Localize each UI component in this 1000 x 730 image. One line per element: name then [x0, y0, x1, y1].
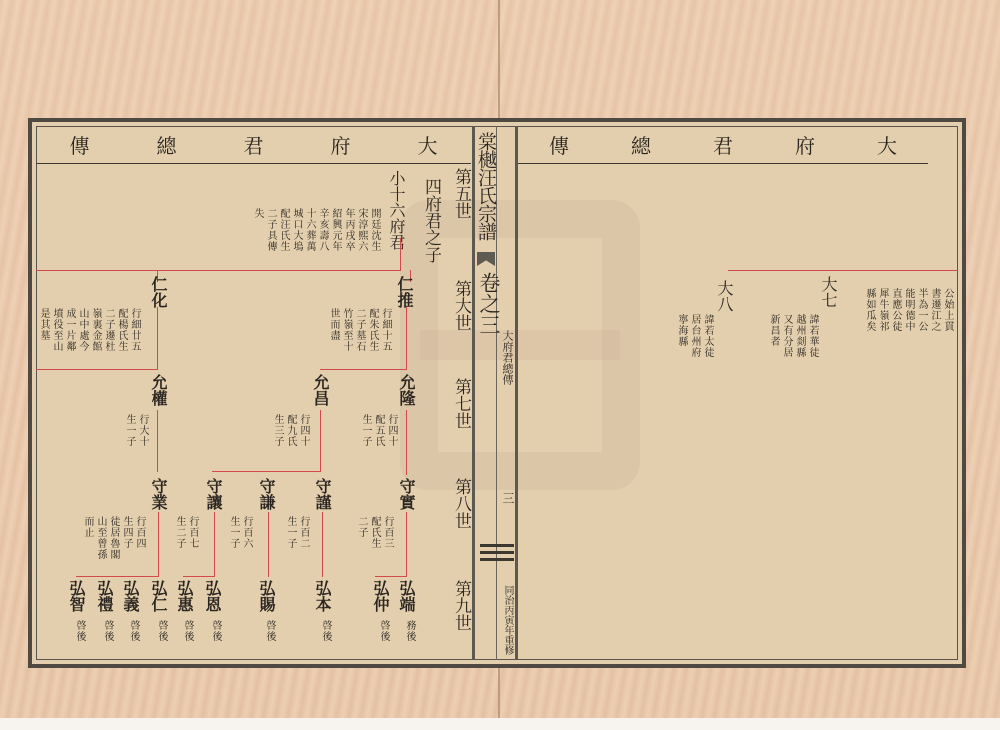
note-line: 山中處今 [77, 308, 87, 352]
note-line: 而止 [82, 516, 92, 560]
lineage-line [157, 307, 158, 369]
note-line: 配楊氏生 [116, 308, 126, 352]
note-line: 又有分居 [781, 314, 791, 358]
note-line: 二子遷杜 [103, 308, 113, 352]
note-line: 寧海縣 [676, 314, 686, 358]
generation-9-label: 第九世 [452, 580, 469, 631]
gen5-heading: 四府君之子 [422, 178, 439, 263]
generation-7-label: 第七世 [452, 378, 469, 429]
note-line: 配汪氏生 [278, 208, 288, 252]
note-line: 竹嶺至十 [341, 308, 351, 352]
generation-8-label: 第八世 [452, 478, 469, 529]
note-line: 新昌者 [768, 314, 778, 358]
gen8-person-name: 守謙 [258, 478, 274, 510]
lineage-line [157, 410, 158, 472]
header-char: 傳 [549, 130, 569, 159]
page-number: 三 [502, 492, 514, 504]
generation-6-label: 第大世 [452, 280, 469, 331]
right-person-name: 大八 [716, 280, 732, 312]
gen9-person-note: 務後 [404, 620, 414, 642]
note-line: 年丙戌卒 [343, 208, 353, 252]
note-line: 開廷沈生 [369, 208, 379, 252]
note-line: 能明德中 [903, 288, 913, 332]
gen8-person-notes: 行百三 配氏生 二子 [356, 516, 392, 549]
header-char: 君 [713, 130, 733, 159]
note-line: 是其墓 [38, 308, 48, 352]
lineage-line [76, 576, 159, 577]
note-line: 縣如瓜矣 [864, 288, 874, 332]
gen8-person-notes: 行百七 生二子 [174, 516, 197, 549]
note-line: 行百四 [134, 516, 144, 560]
header-char: 大 [418, 130, 438, 159]
note-line: 行四十 [386, 414, 396, 447]
note-line: 生四子 [121, 516, 131, 560]
lineage-line [36, 369, 158, 370]
note-line: 半為一公 [916, 288, 926, 332]
note-line: 行大十 [137, 414, 147, 447]
gen9-person-note: 啓後 [320, 620, 330, 642]
gen9-person-name: 弘端 [398, 580, 414, 612]
lineage-line [320, 410, 321, 472]
note-line: 犀牛嶺祁 [877, 288, 887, 332]
note-line: 生一子 [360, 414, 370, 447]
note-line: 行百三 [382, 516, 392, 549]
right-person-notes: 諱若太徒 居台州府 寧海縣 [676, 314, 712, 358]
note-line: 配氏生 [369, 516, 379, 549]
note-line: 書遷江之 [929, 288, 939, 332]
gen7-person-name: 允權 [150, 374, 166, 406]
note-line: 行百七 [187, 516, 197, 549]
lineage-line [406, 307, 407, 369]
volume-label: 卷之三 [478, 272, 499, 335]
gen9-person-name: 弘賜 [258, 580, 274, 612]
gen9-person-note: 啓後 [182, 620, 192, 642]
lineage-line [214, 512, 215, 577]
lineage-line [375, 576, 407, 577]
note-line: 公始上貫 [942, 288, 952, 332]
gen8-person-name: 守實 [398, 478, 414, 510]
note-line: 城口大塢 [291, 208, 301, 252]
gen8-person-name: 守讓 [205, 478, 221, 510]
gen8-person-notes: 行百二 生一子 [285, 516, 308, 549]
note-line: 諱若太徒 [702, 314, 712, 358]
gen9-person-name: 弘禮 [96, 580, 112, 612]
lineage-line [406, 512, 407, 577]
lineage-line [183, 576, 215, 577]
gen7-person-notes: 行大十 生一子 [124, 414, 147, 447]
gen5-person-notes: 開廷沈生 宋淳熙六 年丙戌卒 紹興元年 辛亥壽八 十六葬萬 城口大塢 配汪氏生 … [252, 208, 379, 252]
note-line: 二子具傳 [265, 208, 275, 252]
note-line: 十六葬萬 [304, 208, 314, 252]
gen8-person-notes: 行百六 生一子 [228, 516, 251, 549]
right-intro-text: 公始上貫 書遷江之 半為一公 能明德中 直應公徒 犀牛嶺祁 縣如瓜矣 [864, 288, 952, 332]
note-line: 辛亥壽八 [317, 208, 327, 252]
note-line: 嶺裏金館 [90, 308, 100, 352]
header-rule-left [36, 163, 471, 164]
note-line: 二子墓石 [354, 308, 364, 352]
section-title: 大府君總傳 [502, 330, 513, 385]
edition-note: 同治丙寅年重修 [502, 585, 512, 655]
note-line: 行細十五 [380, 308, 390, 352]
lineage-line [400, 238, 401, 271]
lineage-line [322, 512, 323, 577]
book-title: 棠樾汪氏宗譜 [476, 132, 495, 240]
gen6-person-name: 仁化 [150, 276, 166, 308]
note-line: 宋淳熙六 [356, 208, 366, 252]
gen6-person-name: 仁推 [396, 276, 412, 308]
watermark-bar [420, 330, 620, 360]
note-line: 徒居魯閣 [108, 516, 118, 560]
gen9-person-note: 啓後 [378, 620, 388, 642]
lineage-line [406, 410, 407, 475]
header-char: 傳 [70, 130, 90, 159]
note-line: 越州剡縣 [794, 314, 804, 358]
note-line: 配朱氏生 [367, 308, 377, 352]
gen7-person-name: 允隆 [398, 374, 414, 406]
note-line: 墳役至山 [51, 308, 61, 352]
note-line: 直應公徒 [890, 288, 900, 332]
gen5-person-name: 小十六府君 [388, 170, 404, 250]
gen7-person-name: 允昌 [312, 374, 328, 406]
gen9-person-note: 啓後 [102, 620, 112, 642]
header-char: 總 [157, 130, 177, 159]
gen6-person-notes: 行細十五 配朱氏生 二子墓石 竹嶺至十 世而盡 [328, 308, 390, 352]
gen9-person-name: 弘仲 [372, 580, 388, 612]
note-line: 成一片鄰 [64, 308, 74, 352]
gen9-person-name: 弘智 [68, 580, 84, 612]
note-line: 行四十 [298, 414, 308, 447]
header-rule-right [518, 163, 928, 164]
header-right: 大 府 君 總 傳 [518, 126, 928, 162]
note-line: 生一子 [285, 516, 295, 549]
note-line: 行百六 [241, 516, 251, 549]
gen9-person-note: 啓後 [210, 620, 220, 642]
gen9-person-name: 弘仁 [150, 580, 166, 612]
bottom-margin [0, 718, 1000, 730]
gen9-person-note: 啓後 [264, 620, 274, 642]
note-line: 行百二 [298, 516, 308, 549]
note-line: 生一子 [228, 516, 238, 549]
note-line: 行細廿五 [129, 308, 139, 352]
note-line: 生一子 [124, 414, 134, 447]
gen7-person-notes: 行四十 配九氏 生三子 [272, 414, 308, 447]
header-char: 府 [331, 130, 351, 159]
note-line: 居台州府 [689, 314, 699, 358]
note-line: 失 [252, 208, 262, 252]
gen9-person-name: 弘義 [122, 580, 138, 612]
lineage-line [212, 471, 321, 472]
gen9-person-note: 啓後 [128, 620, 138, 642]
header-char: 府 [795, 130, 815, 159]
right-person-notes: 諱若華徒 越州剡縣 又有分居 新昌者 [768, 314, 817, 358]
note-line: 生三子 [272, 414, 282, 447]
gen6-person-notes: 行細廿五 配楊氏生 二子遷杜 嶺裏金館 山中處今 成一片鄰 墳役至山 是其墓 [38, 308, 139, 352]
note-line: 配九氏 [285, 414, 295, 447]
gen7-person-notes: 行四十 配五氏 生一子 [360, 414, 396, 447]
gen8-person-notes: 行百四 生四子 徒居魯閣 山至曾孫 而止 [82, 516, 144, 560]
gen9-person-name: 弘恩 [204, 580, 220, 612]
note-line: 紹興元年 [330, 208, 340, 252]
note-line: 諱若華徒 [807, 314, 817, 358]
right-person-name: 大七 [820, 276, 836, 308]
gen9-person-note: 啓後 [156, 620, 166, 642]
gen8-person-name: 守謹 [314, 478, 330, 510]
note-line: 山至曾孫 [95, 516, 105, 560]
lineage-line [268, 512, 269, 577]
generation-5-label: 第五世 [452, 168, 469, 219]
gen9-person-name: 弘惠 [176, 580, 192, 612]
gen8-person-name: 守業 [150, 478, 166, 510]
header-char: 大 [877, 130, 897, 159]
lineage-line [320, 369, 407, 370]
gen9-person-name: 弘本 [314, 580, 330, 612]
note-line: 生二子 [174, 516, 184, 549]
header-left: 大 府 君 總 傳 [36, 126, 471, 162]
page-mark [480, 540, 514, 565]
note-line: 世而盡 [328, 308, 338, 352]
note-line: 二子 [356, 516, 366, 549]
header-char: 總 [631, 130, 651, 159]
lineage-line [728, 270, 958, 271]
gen9-person-note: 啓後 [74, 620, 84, 642]
header-char: 君 [244, 130, 264, 159]
note-line: 配五氏 [373, 414, 383, 447]
lineage-line [158, 512, 159, 577]
lineage-line [36, 270, 401, 271]
